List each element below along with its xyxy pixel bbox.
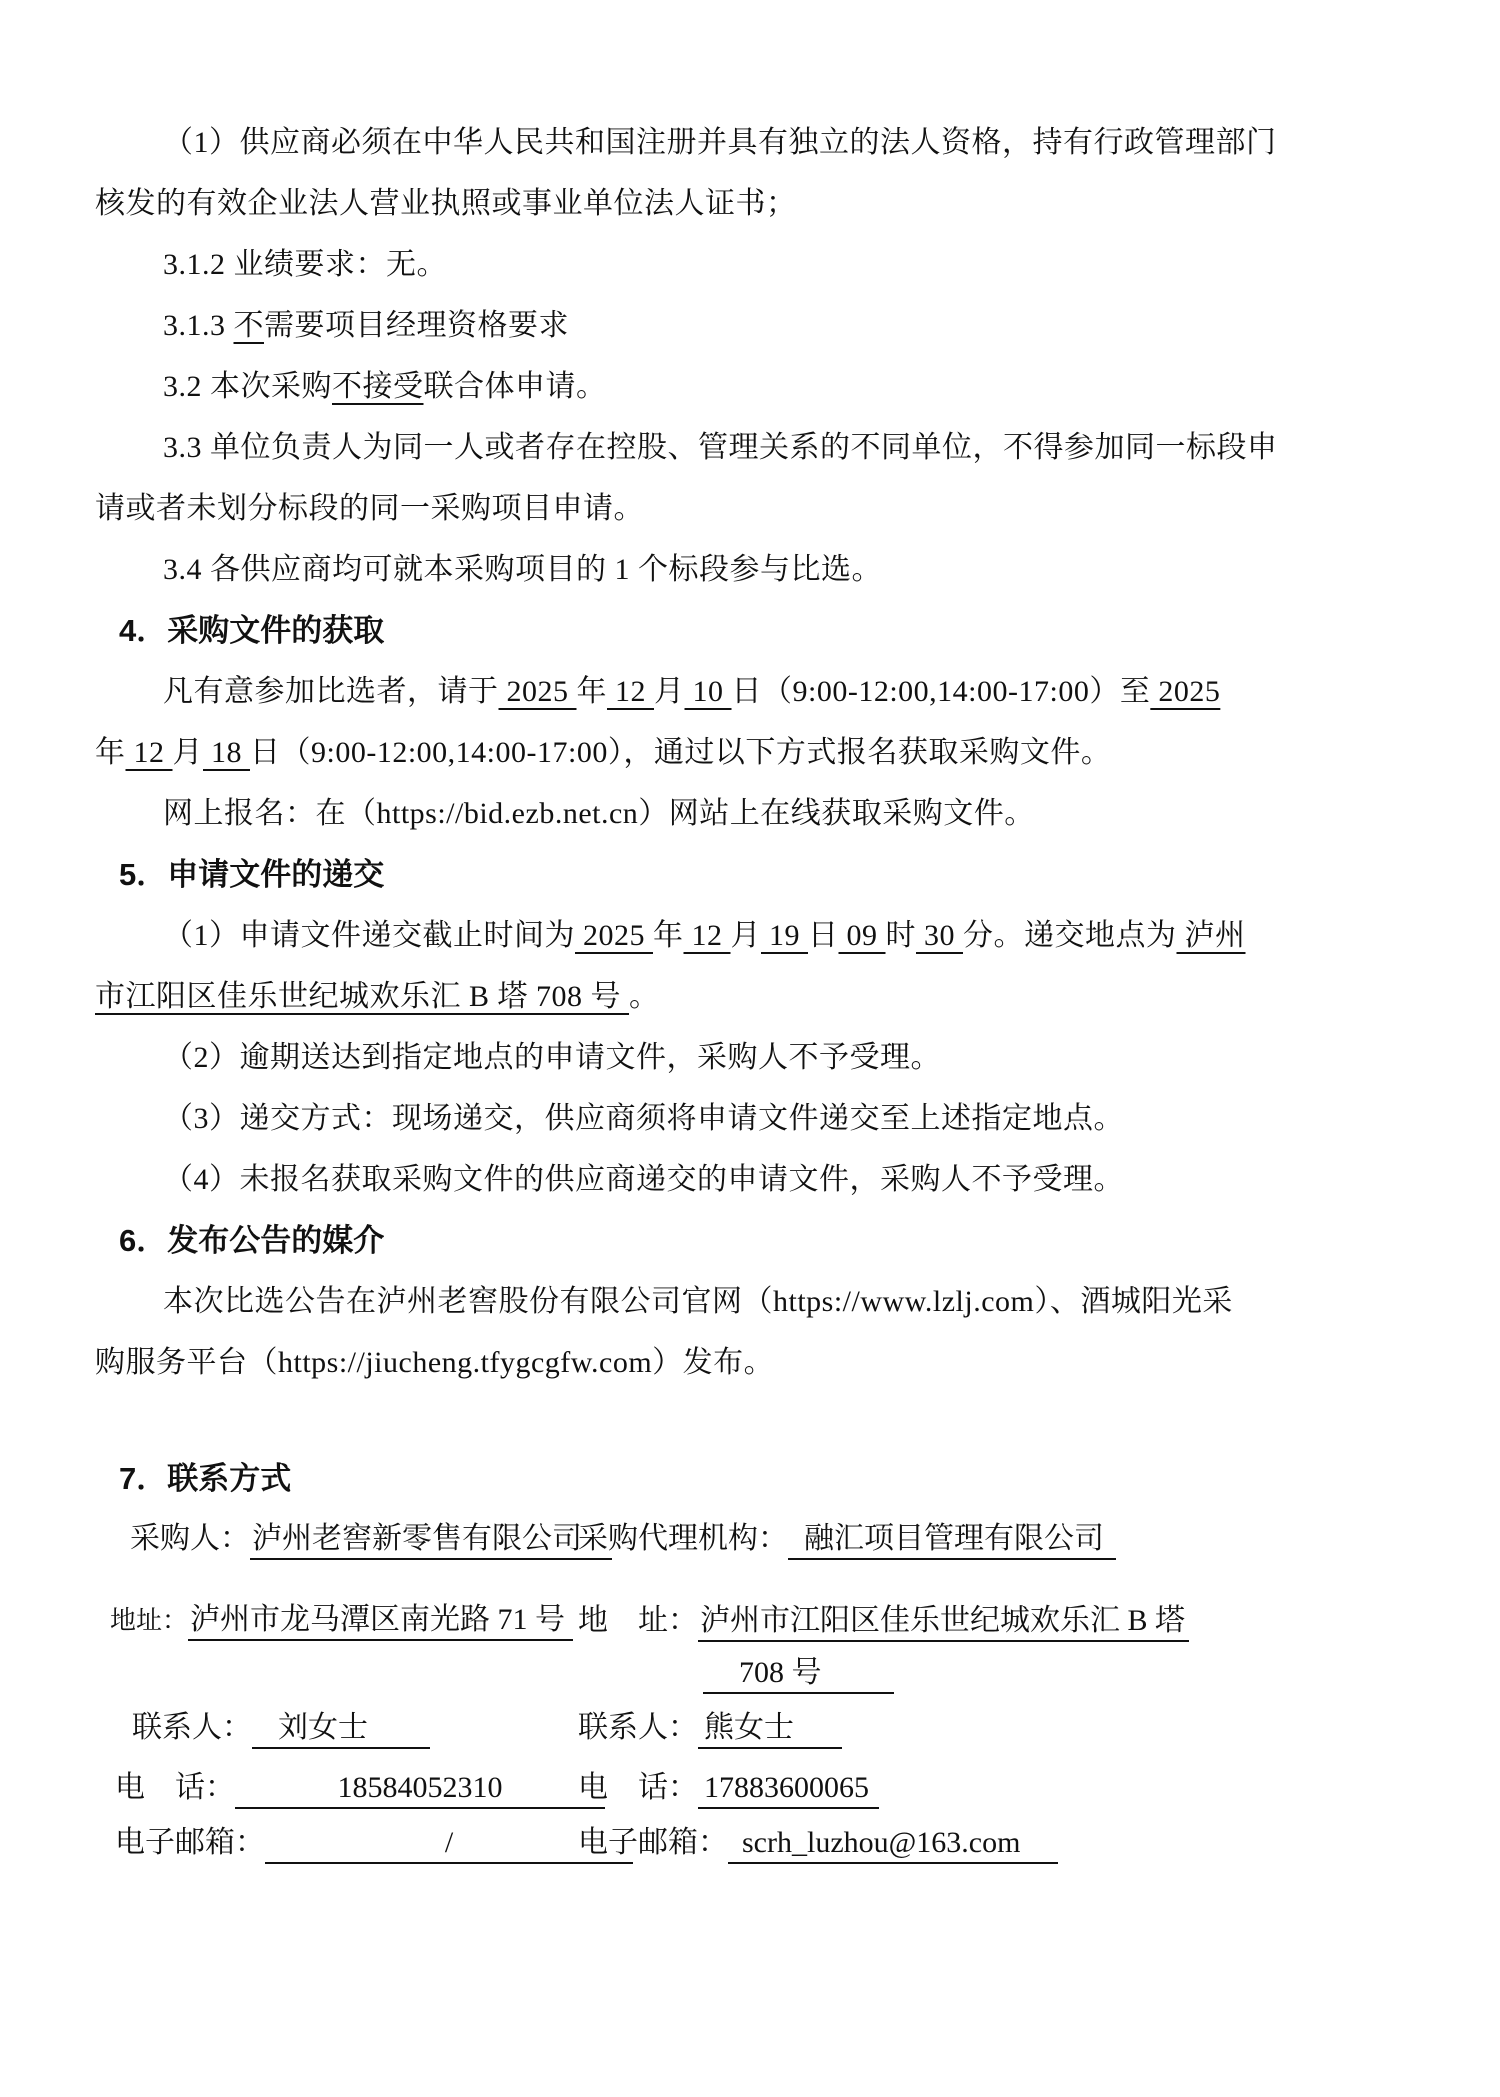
agency-address-line1: 泸州市江阳区佳乐世纪城欢乐汇 B 塔 [698, 1602, 1189, 1642]
section-4-heading: 4．采购文件的获取 [95, 600, 1360, 661]
document-body: （1）供应商必须在中华人民共和国注册并具有独立的法人资格，持有行政管理部门 核发… [0, 0, 1500, 1883]
underlined-date-year: 2025 [575, 919, 653, 952]
underlined-time-minute: 30 [916, 919, 963, 952]
clause-3-2-no-consortium: 3.2 本次采购不接受联合体申请。 [95, 356, 1360, 417]
buyer-address-label: 地址： [110, 1601, 188, 1641]
section-6-media-line2: 购服务平台（https://jiucheng.tfygcgfw.com）发布。 [95, 1332, 1360, 1393]
text-segment: 日（9:00-12:00,14:00-17:00）至 [732, 675, 1151, 708]
section-7-heading: 7．联系方式 [95, 1448, 1360, 1509]
agency-address-row: 地 址：泸州市江阳区佳乐世纪城欢乐汇 B 塔 [575, 1601, 1360, 1654]
buyer-phone: 18584052310 [235, 1769, 605, 1809]
underlined-time-hour: 09 [839, 919, 886, 952]
agency-email-row: 电子邮箱：scrh_luzhou@163.com [575, 1823, 1360, 1883]
agency-contact-column: 采购代理机构：融汇项目管理有限公司 地 址：泸州市江阳区佳乐世纪城欢乐汇 B 塔… [575, 1519, 1360, 1883]
buyer-name: 泸州老窖新零售有限公司 [250, 1520, 612, 1560]
section-5-deadline-line1: （1）申请文件递交截止时间为 2025 年 12 月 19 日 09 时 30 … [95, 905, 1360, 966]
buyer-contact-person: 刘女士 [252, 1709, 430, 1749]
clause-3-4-one-lot: 3.4 各供应商均可就本采购项目的 1 个标段参与比选。 [95, 539, 1360, 600]
section-6-media-line1: 本次比选公告在泸州老窖股份有限公司官网（https://www.lzlj.com… [95, 1271, 1360, 1332]
underlined-date-month: 12 [684, 919, 731, 952]
agency-email-label: 电子邮箱： [578, 1823, 728, 1863]
buyer-address: 泸州市龙马潭区南光路 71 号 [188, 1601, 573, 1641]
underlined-date-year2: 2025 [1150, 675, 1220, 708]
agency-address-line2: 708 号 [703, 1654, 894, 1694]
buyer-contact-person-row: 联系人：刘女士 [95, 1708, 575, 1768]
buyer-phone-row: 电 话：18584052310 [95, 1768, 575, 1823]
buyer-row: 采购人：泸州老窖新零售有限公司 [95, 1519, 575, 1601]
text-segment: 时 [886, 919, 917, 952]
text-segment: 凡有意参加比选者，请于 [163, 675, 499, 708]
section-4-obtain-line2: 年 12 月 18 日（9:00-12:00,14:00-17:00），通过以下… [95, 722, 1360, 783]
buyer-address-row: 地址：泸州市龙马潭区南光路 71 号 [95, 1601, 575, 1708]
agency-name: 融汇项目管理有限公司 [788, 1520, 1116, 1560]
agency-address-row2: 708 号 [575, 1654, 1360, 1708]
section-5-unregistered: （4）未报名获取采购文件的供应商递交的申请文件，采购人不予受理。 [95, 1149, 1360, 1210]
text-segment: 年 [577, 675, 608, 708]
agency-phone-row: 电 话：17883600065 [575, 1768, 1360, 1823]
underlined-date-day: 10 [685, 675, 732, 708]
text-segment: 年 [653, 919, 684, 952]
text-segment: 月 [654, 675, 685, 708]
section-5-heading: 5．申请文件的递交 [95, 844, 1360, 905]
text-segment: 3.2 本次采购 [163, 370, 332, 403]
procurement-notice-page: （1）供应商必须在中华人民共和国注册并具有独立的法人资格，持有行政管理部门 核发… [0, 0, 1500, 2097]
underlined-place: 泸州 [1177, 919, 1246, 952]
text-segment: 日 [808, 919, 839, 952]
text-segment: 日（9:00-12:00,14:00-17:00），通过以下方式报名获取采购文件… [250, 736, 1111, 769]
underlined-date-day: 19 [761, 919, 808, 952]
clause-3-1-2-performance: 3.1.2 业绩要求：无。 [95, 234, 1360, 295]
agency-row: 采购代理机构：融汇项目管理有限公司 [575, 1519, 1360, 1601]
clause-3-3-same-principal-line1: 3.3 单位负责人为同一人或者存在控股、管理关系的不同单位，不得参加同一标段申 [95, 417, 1360, 478]
section-5-delivery-method: （3）递交方式：现场递交，供应商须将申请文件递交至上述指定地点。 [95, 1088, 1360, 1149]
section-5-deadline-line2: 市江阳区佳乐世纪城欢乐汇 B 塔 708 号 。 [95, 966, 1360, 1027]
buyer-contact-column: 采购人：泸州老窖新零售有限公司 地址：泸州市龙马潭区南光路 71 号 联系人：刘… [95, 1519, 575, 1883]
agency-contact-person-row: 联系人：熊女士 [575, 1708, 1360, 1768]
agency-label: 采购代理机构： [578, 1519, 788, 1559]
text-segment: 。 [629, 980, 660, 1013]
section-4-online-registration: 网上报名：在（https://bid.ezb.net.cn）网站上在线获取采购文… [95, 783, 1360, 844]
buyer-email-label: 电子邮箱： [115, 1823, 265, 1863]
clause-3-3-same-principal-line2: 请或者未划分标段的同一采购项目申请。 [95, 478, 1360, 539]
text-segment: 年 [95, 736, 126, 769]
text-segment: 分。递交地点为 [963, 919, 1177, 952]
underlined-date-year: 2025 [499, 675, 577, 708]
underlined-date-day: 18 [203, 736, 250, 769]
underlined-date-month: 12 [126, 736, 173, 769]
underlined-address: 市江阳区佳乐世纪城欢乐汇 B 塔 708 号 [95, 980, 629, 1013]
buyer-label: 采购人： [130, 1519, 250, 1559]
section-6-heading: 6．发布公告的媒介 [95, 1210, 1360, 1271]
text-segment: 联合体申请。 [424, 370, 607, 403]
agency-phone-label: 电 话： [578, 1768, 698, 1808]
buyer-contact-person-label: 联系人： [132, 1708, 252, 1748]
text-segment: 需要项目经理资格要求 [264, 309, 569, 342]
agency-contact-person: 熊女士 [698, 1709, 842, 1749]
agency-address-label: 地 址： [578, 1601, 698, 1641]
section-5-late-delivery: （2）逾期送达到指定地点的申请文件，采购人不予受理。 [95, 1027, 1360, 1088]
clause-supplier-qualification-line2: 核发的有效企业法人营业执照或事业单位法人证书； [95, 173, 1360, 234]
contact-section: 采购人：泸州老窖新零售有限公司 地址：泸州市龙马潭区南光路 71 号 联系人：刘… [95, 1519, 1360, 1883]
clause-3-1-3-project-manager: 3.1.3 不需要项目经理资格要求 [95, 295, 1360, 356]
underlined-segment: 不 [234, 309, 265, 342]
underlined-segment: 不接受 [332, 370, 424, 403]
text-segment: （1）申请文件递交截止时间为 [163, 919, 575, 952]
agency-contact-person-label: 联系人： [578, 1708, 698, 1748]
agency-phone: 17883600065 [698, 1769, 879, 1809]
buyer-phone-label: 电 话： [115, 1768, 235, 1808]
clause-supplier-qualification-line1: （1）供应商必须在中华人民共和国注册并具有独立的法人资格，持有行政管理部门 [95, 112, 1360, 173]
section-4-obtain-line1: 凡有意参加比选者，请于 2025 年 12 月 10 日（9:00-12:00,… [95, 661, 1360, 722]
text-segment: 3.1.3 [163, 309, 234, 342]
text-segment: 月 [173, 736, 204, 769]
agency-email: scrh_luzhou@163.com [728, 1824, 1058, 1864]
buyer-email-row: 电子邮箱：/ [95, 1823, 575, 1883]
underlined-date-month: 12 [607, 675, 654, 708]
text-segment: 月 [731, 919, 762, 952]
